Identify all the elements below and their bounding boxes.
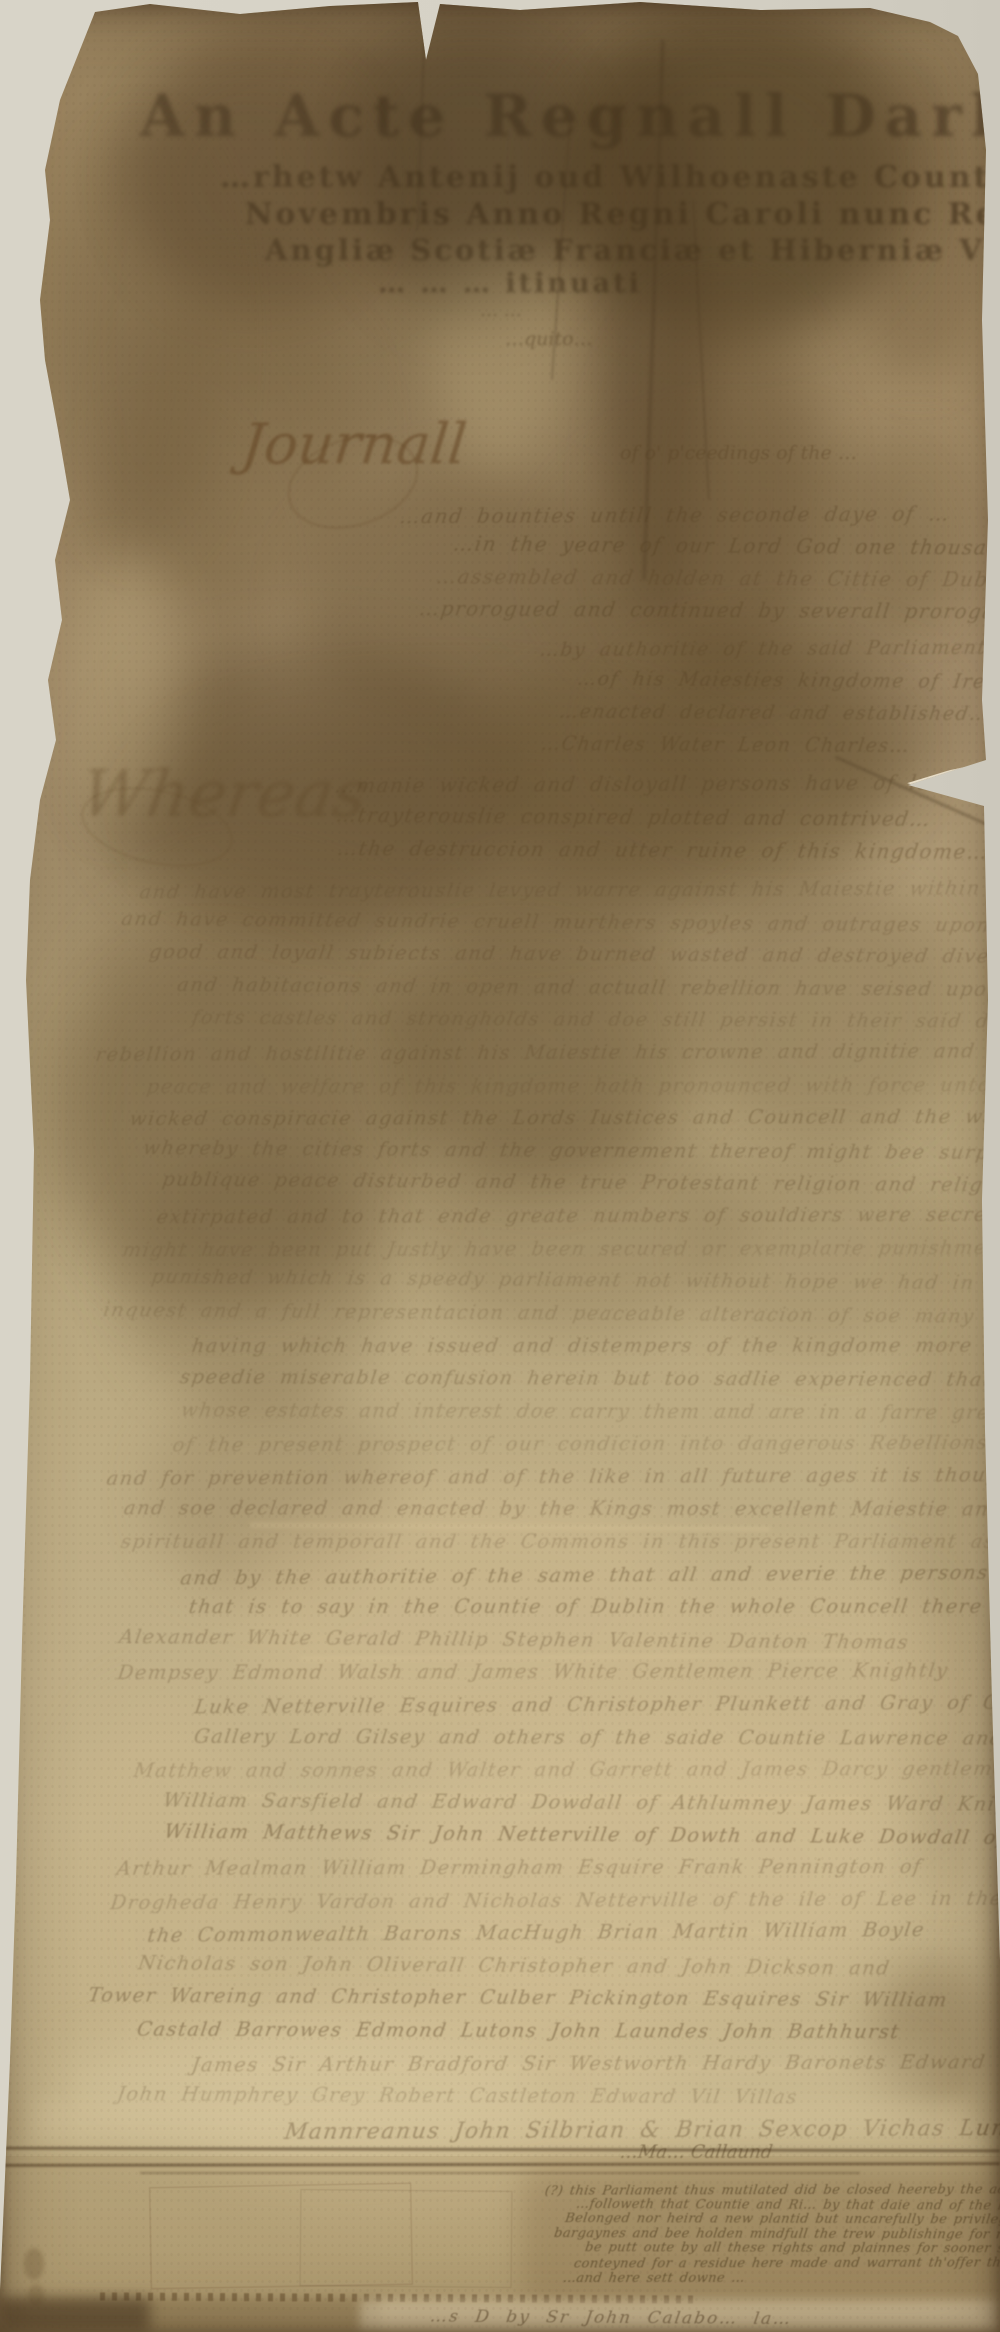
opening-big-word: Journall	[239, 412, 470, 477]
body-line: Drogheda Henry Vardon and Nicholas Nette…	[109, 1886, 1000, 1914]
body-line: that is to say in the Countie of Dublin …	[187, 1595, 1000, 1618]
bottom-block-line: conteyned for a residue here made and wa…	[573, 2255, 1000, 2271]
bottom-block-line: …and here sett downe …	[562, 2270, 746, 2285]
stain-blob	[380, 950, 640, 1190]
body-line: Nicholas son John Oliverall Christopher …	[137, 1951, 892, 1979]
stain-blob	[560, 30, 900, 330]
stain-blob	[60, 960, 360, 1320]
bottom-left-shadow	[0, 2298, 150, 2332]
fold-highlight	[30, 2100, 970, 2144]
body-line: having which have issued and distempers …	[190, 1334, 1000, 1358]
bottom-block-line: be putt oute by all these rights and pla…	[584, 2241, 1000, 2257]
parchment-sheet: An Acte Regnall Darka… …rhetw Antenij ou…	[0, 0, 1000, 2332]
subfragment-2: …quito…	[505, 328, 593, 350]
stain-blob	[60, 130, 220, 550]
body-line: Arthur Mealman William Dermingham Esquir…	[115, 1855, 923, 1880]
manuscript-photo: An Acte Regnall Darka… …rhetw Antenij ou…	[0, 0, 1000, 2332]
body-line: Castald Barrowes Edmond Lutons John Laun…	[136, 2018, 902, 2044]
body-line: and for prevention whereof and of the li…	[105, 1463, 1000, 1490]
stain-blob	[620, 640, 950, 820]
body-line: of the present prospect of our condicion…	[171, 1431, 1000, 1457]
body-line: Luke Netterville Esquires and Christophe…	[193, 1691, 1000, 1719]
bottom-strip-line: …s D by Sr John Calabo… la…	[429, 2307, 794, 2330]
body-line: Dempsey Edmond Walsh and James White Gen…	[116, 1659, 950, 1684]
body-line: Gallery Lord Gilsey and others of the sa…	[193, 1725, 1000, 1750]
stain-blob	[360, 40, 580, 320]
faint-rectangle-mark-2	[300, 2189, 513, 2288]
body-line: Alexander White Gerald Phillip Stephen V…	[118, 1625, 911, 1654]
body-line: James Sir Arthur Bradford Sir Westworth …	[190, 2050, 987, 2076]
stain-blob	[620, 300, 820, 680]
body-line: William Sarsfield and Edward Dowdall of …	[162, 1789, 1000, 1816]
body-line: William Matthews Sir John Netterville of…	[163, 1820, 1000, 1849]
body-line: spirituall and temporall and the Commons…	[119, 1530, 1000, 1553]
body-line: speedie miserable confusion herein but t…	[179, 1365, 1000, 1391]
body-line: whose estates and interest doe carry the…	[180, 1398, 1000, 1424]
body-line: Matthew and sonnes and Walter and Garret…	[132, 1757, 1000, 1782]
body-line: and soe declared and enacted by the King…	[122, 1497, 1000, 1521]
